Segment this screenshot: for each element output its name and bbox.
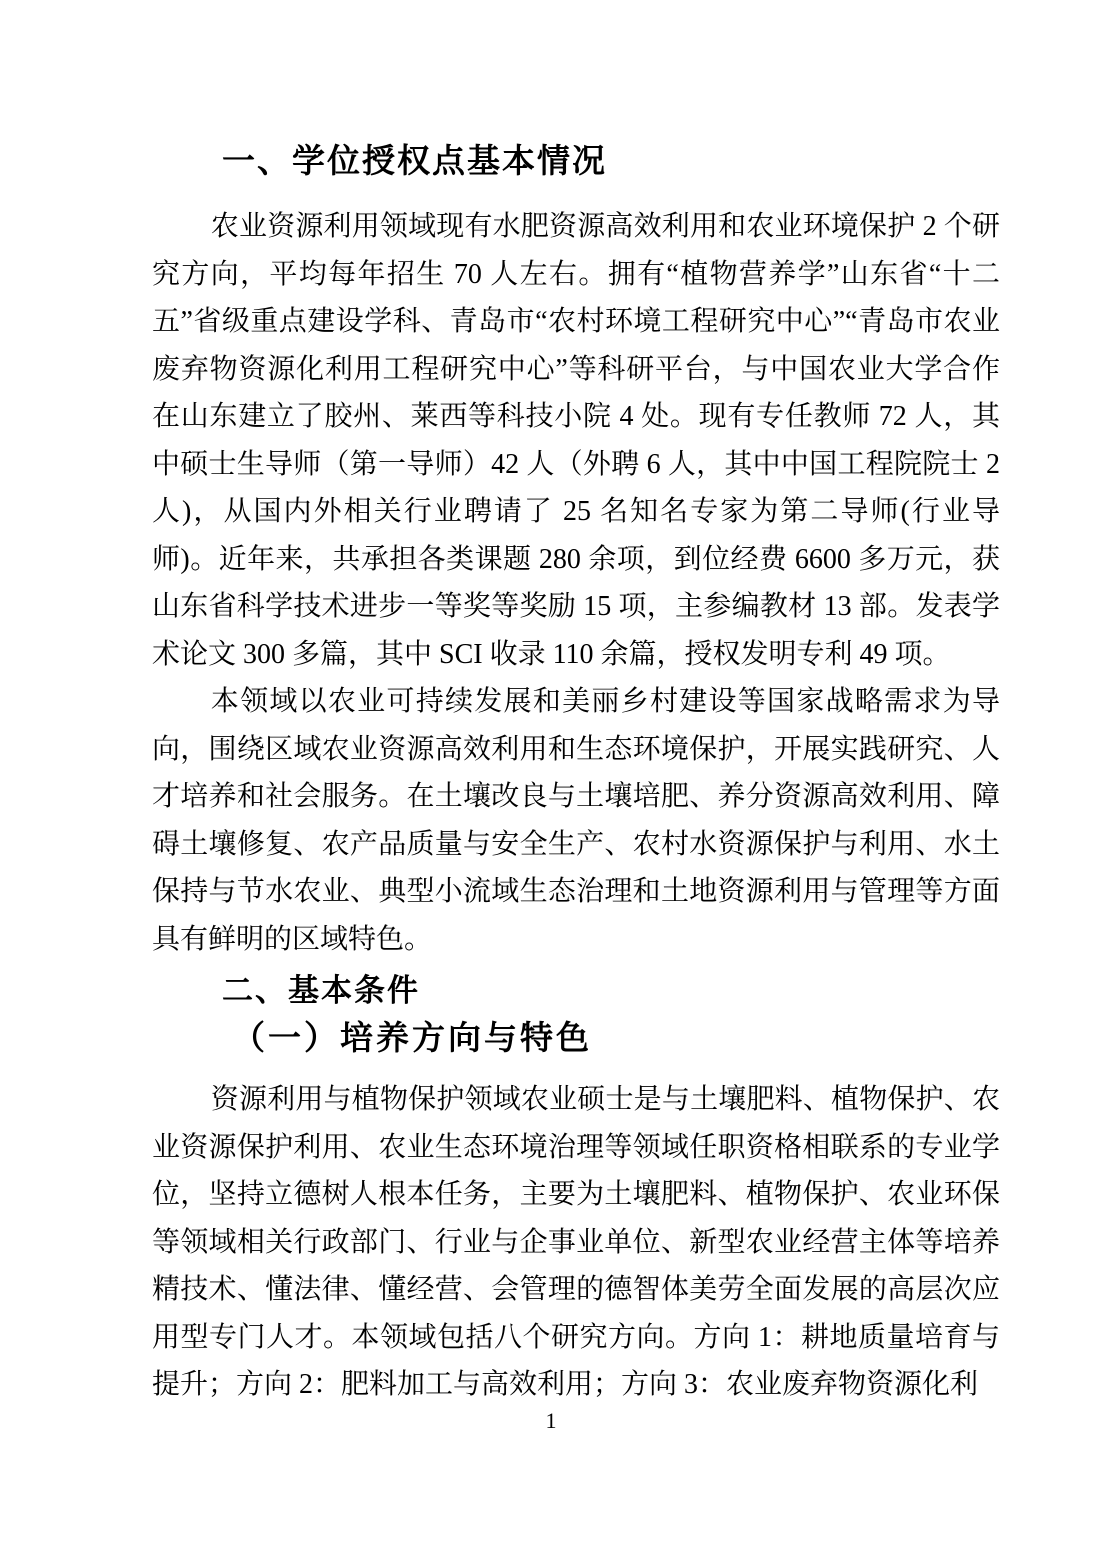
page-footer: 1 [0, 1408, 1102, 1434]
section-heading-degree-point-overview: 一、学位授权点基本情况 [152, 141, 1000, 181]
page-number: 1 [546, 1408, 557, 1433]
paragraph-overview-statistics: 农业资源利用领域现有水肥资源高效利用和农业环境保护 2 个研究方向，平均每年招生… [152, 203, 1000, 678]
section-heading-basic-conditions: 二、基本条件 [152, 968, 1000, 1014]
paragraph-regional-features: 本领域以农业可持续发展和美丽乡村建设等国家战略需求为导向，围绕区域农业资源高效利… [152, 678, 1000, 963]
document-page: 一、学位授权点基本情况 农业资源利用领域现有水肥资源高效利用和农业环境保护 2 … [0, 0, 1102, 1559]
document-content: 一、学位授权点基本情况 农业资源利用领域现有水肥资源高效利用和农业环境保护 2 … [152, 141, 1000, 1409]
subsection-heading-training-direction: （一）培养方向与特色 [152, 1014, 1000, 1064]
paragraph-training-directions: 资源利用与植物保护领域农业硕士是与土壤肥料、植物保护、农业资源保护利用、农业生态… [152, 1076, 1000, 1409]
